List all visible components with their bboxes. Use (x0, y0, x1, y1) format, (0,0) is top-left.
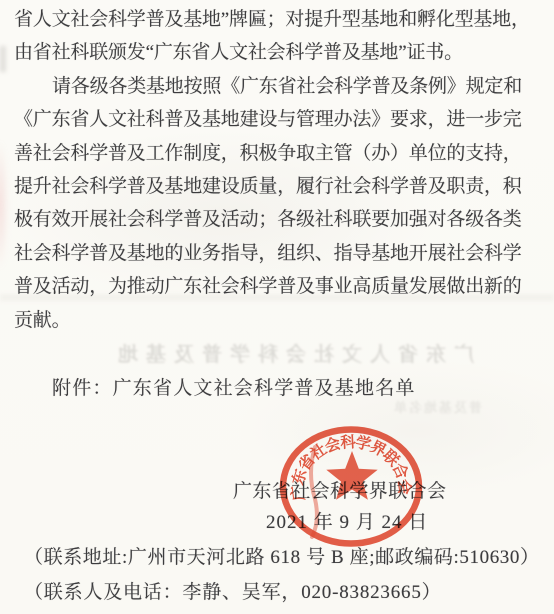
body-line: 请各级各类基地按照《广东省社会科学普及条例》规定和 (14, 70, 546, 103)
body-line: 极有效开展社会科学普及活动；各级社科联要加强对各级各类 (14, 203, 546, 236)
body-line: 贡献。 (14, 304, 546, 337)
attachment-line: 附件：广东省人文社会科学普及基地名单 (52, 378, 416, 400)
body-line: 善社会科学普及工作制度，积极争取主管（办）单位的支持， (14, 137, 546, 170)
official-seal-stamp: 广东省社会科学界联合会 (277, 423, 425, 550)
pink-bleed-smudge (0, 140, 8, 270)
star-icon (326, 451, 377, 500)
document-body: 省人文社会科学普及基地”牌匾；对提升型基地和孵化型基地， 由省社科联颁发“广东省… (14, 3, 546, 337)
contact-person-line: （联系人及电话：李静、吴军，020-83823665） (24, 582, 441, 604)
scan-edge-mark (0, 46, 6, 72)
body-line: 《广东省人文社科普及基地建设与管理办法》要求，进一步完 (14, 103, 546, 136)
contact-address-line: （联系地址:广州市天河北路 618 号 B 座;邮政编码:510630） (24, 547, 540, 569)
bleed-through-text: 广东省人文社会科学普及基地 (106, 338, 474, 367)
scanned-document-page: { "document": { "body_lines": [ "省人文社会科学… (0, 0, 554, 614)
body-line: 由省社科联颁发“广东省人文社会科学普及基地”证书。 (14, 36, 546, 69)
body-line: 社会科学普及基地的业务指导，组织、指导基地开展社会科学 (14, 237, 546, 270)
body-line: 提升社会科学普及基地建设质量，履行社会科学普及职责，积 (14, 170, 546, 203)
body-line: 省人文社会科学普及基地”牌匾；对提升型基地和孵化型基地， (14, 3, 546, 36)
body-line: 普及活动，为推动广东社会科学普及事业高质量发展做出新的 (14, 270, 546, 303)
